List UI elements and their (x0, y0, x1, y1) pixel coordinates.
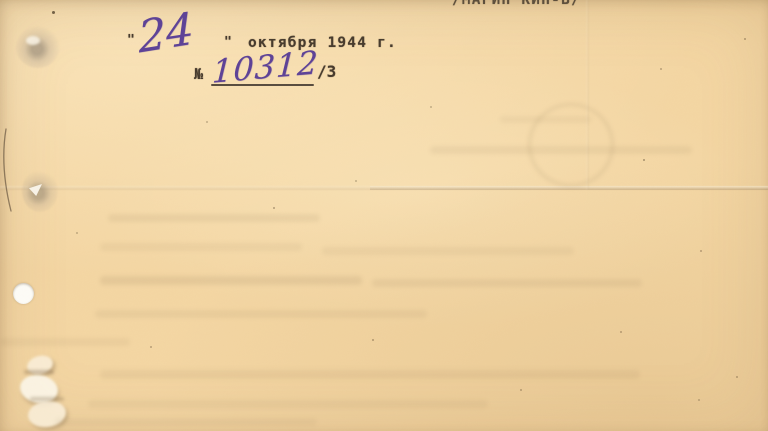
crumple-shadow (30, 397, 64, 401)
close-quote-mark: " (224, 35, 232, 50)
bleedthrough-band (88, 400, 488, 408)
paper-speck (273, 207, 275, 209)
bleedthrough-band (55, 418, 317, 426)
paper-speck (698, 399, 700, 401)
bleedthrough-band (372, 279, 642, 287)
paper-speck (76, 232, 78, 234)
paper-speck (430, 106, 432, 108)
paper-speck (520, 389, 522, 391)
paper-speck (660, 68, 662, 70)
bleedthrough-band (95, 310, 427, 318)
document-scan: /МАГИН КИН-В/ " 24 " октября 1944 г. № 1… (0, 0, 768, 431)
paper-speck (736, 376, 738, 378)
paper-speck (643, 159, 645, 161)
open-quote-mark: " (127, 33, 135, 48)
paper-crumple-top-left (16, 26, 60, 68)
punch-hole (13, 283, 34, 304)
paper-speck (700, 250, 702, 252)
clipped-header-text: /МАГИН КИН-В/ (452, 0, 581, 8)
paper-speck (744, 38, 746, 40)
paper-speck (620, 331, 622, 333)
bleedthrough-band (322, 247, 574, 255)
crumple-shadow (24, 370, 54, 374)
bleedthrough-band (100, 243, 302, 251)
paper-speck (150, 346, 152, 348)
edge-crease-line (0, 125, 18, 215)
paper-speck (355, 180, 357, 182)
bleedthrough-band (100, 370, 640, 379)
handwritten-day: 24 (137, 4, 195, 64)
bleedthrough-band (0, 338, 130, 346)
bleedthrough-band (100, 276, 362, 285)
paper-crumple-highlight (26, 36, 40, 45)
paper-speck (52, 11, 55, 14)
bleedthrough-band (500, 116, 592, 123)
typed-number-suffix: /3 (317, 62, 336, 81)
paper-speck (372, 339, 374, 341)
paper-speck (206, 121, 208, 123)
paper-damage-mid-left (22, 170, 58, 212)
bleedthrough-band (108, 214, 320, 222)
numero-sign: № (194, 65, 203, 83)
bleedthrough-band (430, 146, 692, 154)
